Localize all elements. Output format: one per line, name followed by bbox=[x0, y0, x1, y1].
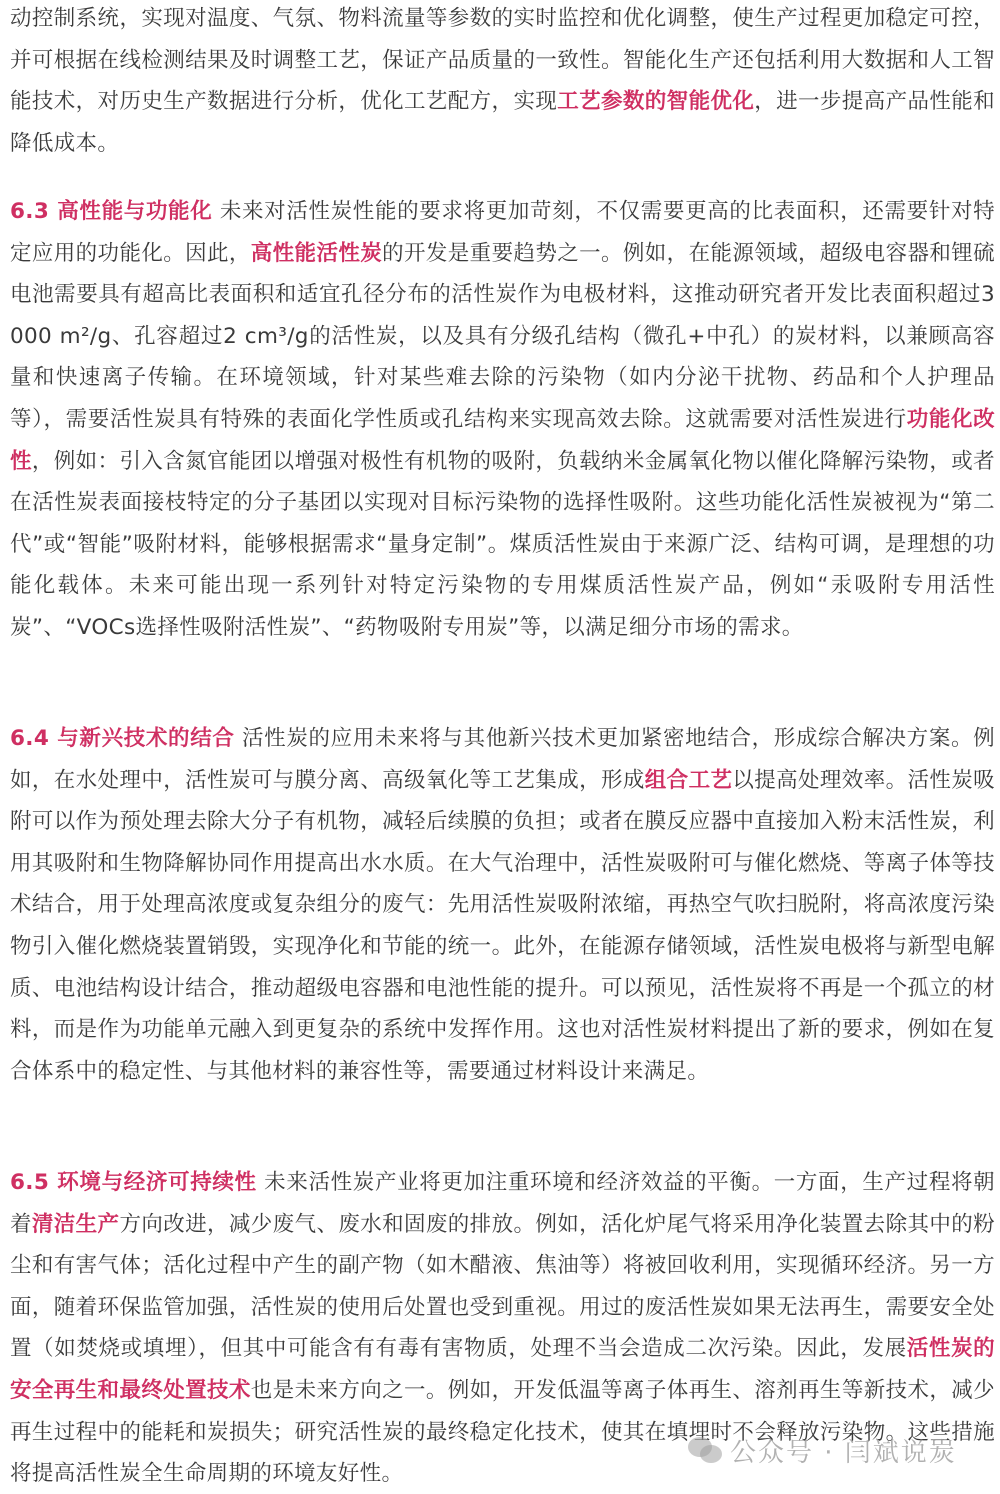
highlight-clean-production: 清洁生产 bbox=[32, 1212, 120, 1237]
section-6-5-text-2: 方向改进，减少废气、废水和固废的排放。例如，活化炉尾气将采用净化装置去除其中的粉… bbox=[10, 1212, 995, 1362]
highlight-combined-process: 组合工艺 bbox=[645, 768, 733, 793]
section-6-5-paragraph: 6.5 环境与经济可持续性 未来活性炭产业将更加注重环境和经济效益的平衡。一方面… bbox=[10, 1162, 995, 1494]
section-6-5-heading: 6.5 环境与经济可持续性 bbox=[10, 1170, 257, 1195]
highlight-smart-optimization: 工艺参数的智能优化 bbox=[557, 89, 754, 114]
section-6-4-heading: 6.4 与新兴技术的结合 bbox=[10, 726, 235, 751]
section-6-3-text-2: 的开发是重要趋势之一。例如，在能源领域，超级电容器和锂硫电池需要具有超高比表面积… bbox=[10, 241, 995, 432]
intro-paragraph: 动控制系统，实现对温度、气氛、物料流量等参数的实时监控和优化调整，使生产过程更加… bbox=[10, 0, 995, 164]
section-6-4-paragraph: 6.4 与新兴技术的结合 活性炭的应用未来将与其他新兴技术更加紧密地结合，形成综… bbox=[10, 718, 995, 1092]
section-6-3-paragraph: 6.3 高性能与功能化 未来对活性炭性能的要求将更加苛刻，不仅需要更高的比表面积… bbox=[10, 191, 995, 649]
section-6-4-text-2: 以提高处理效率。活性炭吸附可以作为预处理去除大分子有机物，减轻后续膜的负担；或者… bbox=[10, 768, 995, 1084]
section-6-3-text-3: ，例如：引入含氮官能团以增强对极性有机物的吸附，负载纳米金属氧化物以催化降解污染… bbox=[10, 449, 995, 640]
highlight-high-performance-carbon: 高性能活性炭 bbox=[251, 241, 382, 266]
section-6-3-heading: 6.3 高性能与功能化 bbox=[10, 199, 212, 224]
